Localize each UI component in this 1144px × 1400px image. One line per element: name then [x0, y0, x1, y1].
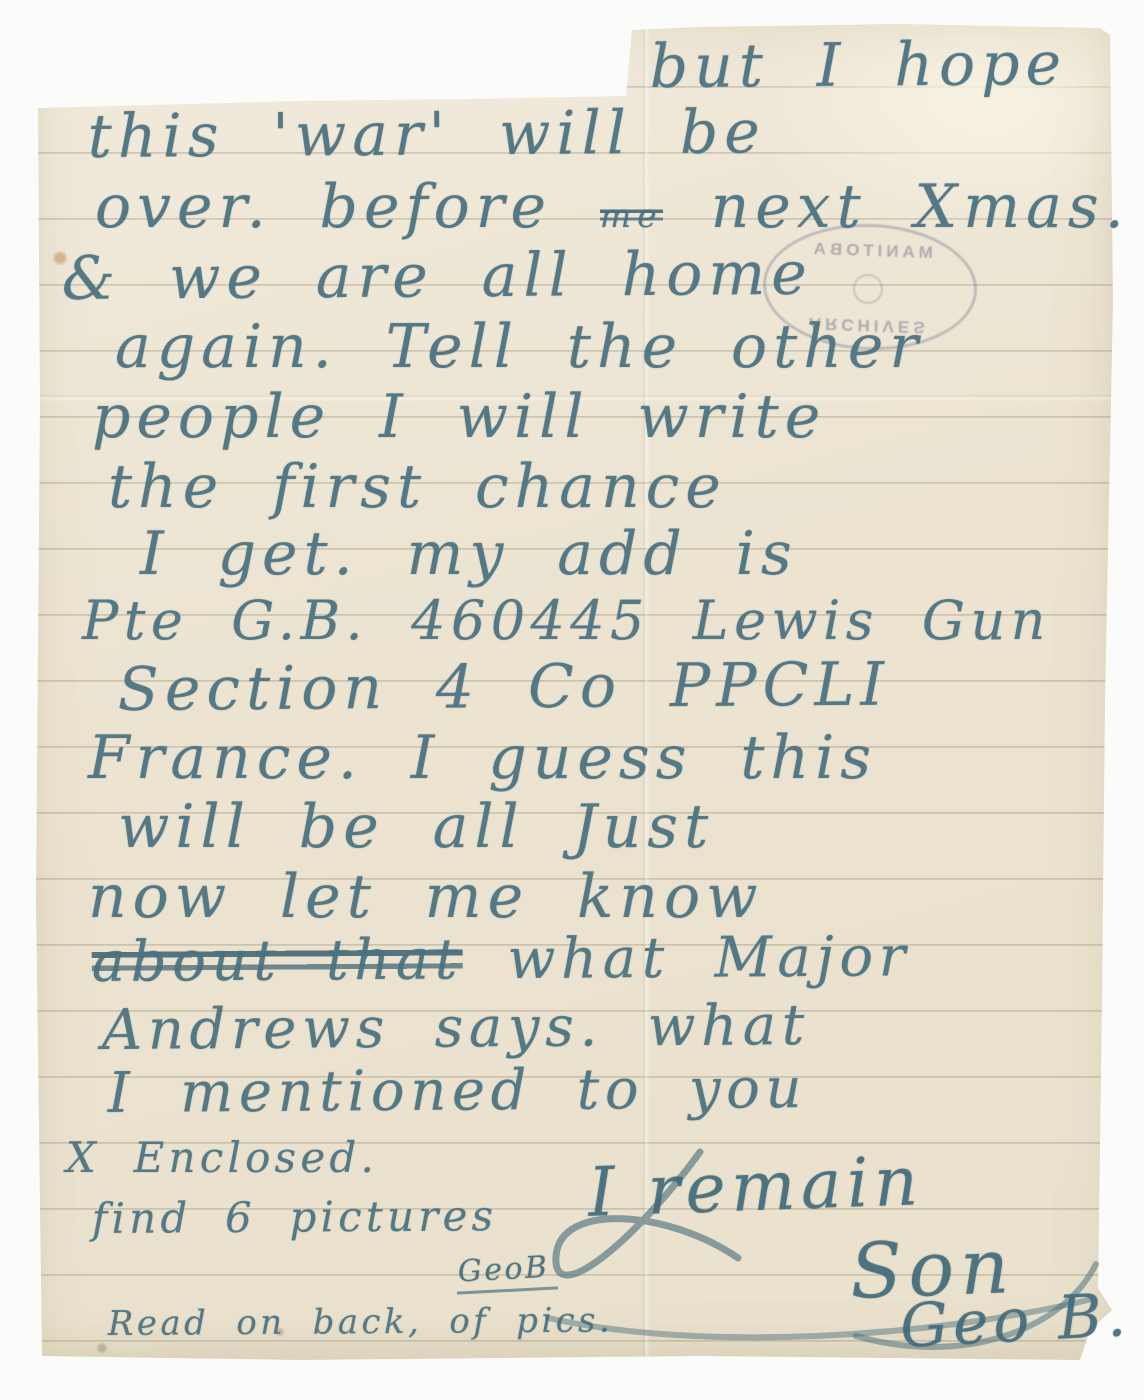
handwritten-text: the first chance [108, 452, 727, 522]
letter-line: I get. my add is [140, 519, 798, 589]
handwritten-text: Pte G.B. 460445 Lewis Gun [82, 589, 1051, 652]
handwriting-layer: but I hopethis 'war' will beover. before… [0, 0, 1144, 1400]
letter-line: Read on back, of pics. [108, 1300, 614, 1344]
handwritten-text: people I will write [92, 382, 826, 452]
letter-line: again. Tell the other [115, 312, 924, 382]
handwritten-text: will be all Just [118, 792, 714, 862]
handwritten-text: Section 4 Co PPCLI [118, 650, 891, 725]
letter-line: the first chance [108, 452, 727, 522]
handwritten-text: now let me know [88, 862, 763, 932]
letter-line: this 'war' will be [88, 97, 766, 172]
letter-line: but I hope [650, 29, 1068, 102]
handwritten-text: next Xmas. [663, 172, 1130, 242]
handwritten-text: Andrews says. what [102, 993, 811, 1063]
letter-line: now let me know [88, 862, 763, 932]
letter-line: & we are all home [62, 239, 814, 314]
letter-line: will be all Just [118, 792, 714, 862]
letter-line: people I will write [92, 382, 826, 452]
letter-line: Section 4 Co PPCLI [118, 650, 891, 725]
letter-line: Pte G.B. 460445 Lewis Gun [82, 589, 1051, 652]
signature-closing: I remain [587, 1142, 925, 1233]
handwritten-text: again. Tell the other [115, 312, 924, 382]
letter-line: X Enclosed. [66, 1133, 378, 1182]
handwritten-text: what Major [463, 924, 912, 992]
signature-name: Geo B. [898, 1280, 1132, 1362]
letter-scan: MANITOBA ARCHIVES but I hopethis 'war' w… [0, 0, 1144, 1400]
handwritten-text: Read on back, of pics. [108, 1300, 614, 1344]
handwritten-text: I get. my add is [140, 519, 798, 589]
handwritten-text: X Enclosed. [66, 1133, 378, 1182]
letter-line: I mentioned to you [108, 1056, 808, 1126]
letter-line: France. I guess this [88, 723, 877, 793]
handwritten-text: I mentioned to you [108, 1056, 808, 1126]
handwritten-text: France. I guess this [88, 723, 877, 793]
handwritten-text: find 6 pictures [92, 1191, 498, 1243]
handwritten-text: but I hope [650, 29, 1068, 102]
handwritten-text: & we are all home [62, 239, 814, 314]
handwritten-text: this 'war' will be [88, 97, 766, 172]
letter-line: over. before me next Xmas. [95, 172, 1130, 242]
letter-line: Andrews says. what [102, 993, 811, 1063]
letter-line: about that what Major [92, 924, 912, 995]
signature-initials: GeoB [455, 1249, 558, 1294]
letter-line: find 6 pictures [92, 1191, 498, 1243]
handwritten-text: over. before [95, 172, 600, 242]
struck-text: about that [92, 927, 464, 995]
struck-text: me [600, 196, 663, 235]
